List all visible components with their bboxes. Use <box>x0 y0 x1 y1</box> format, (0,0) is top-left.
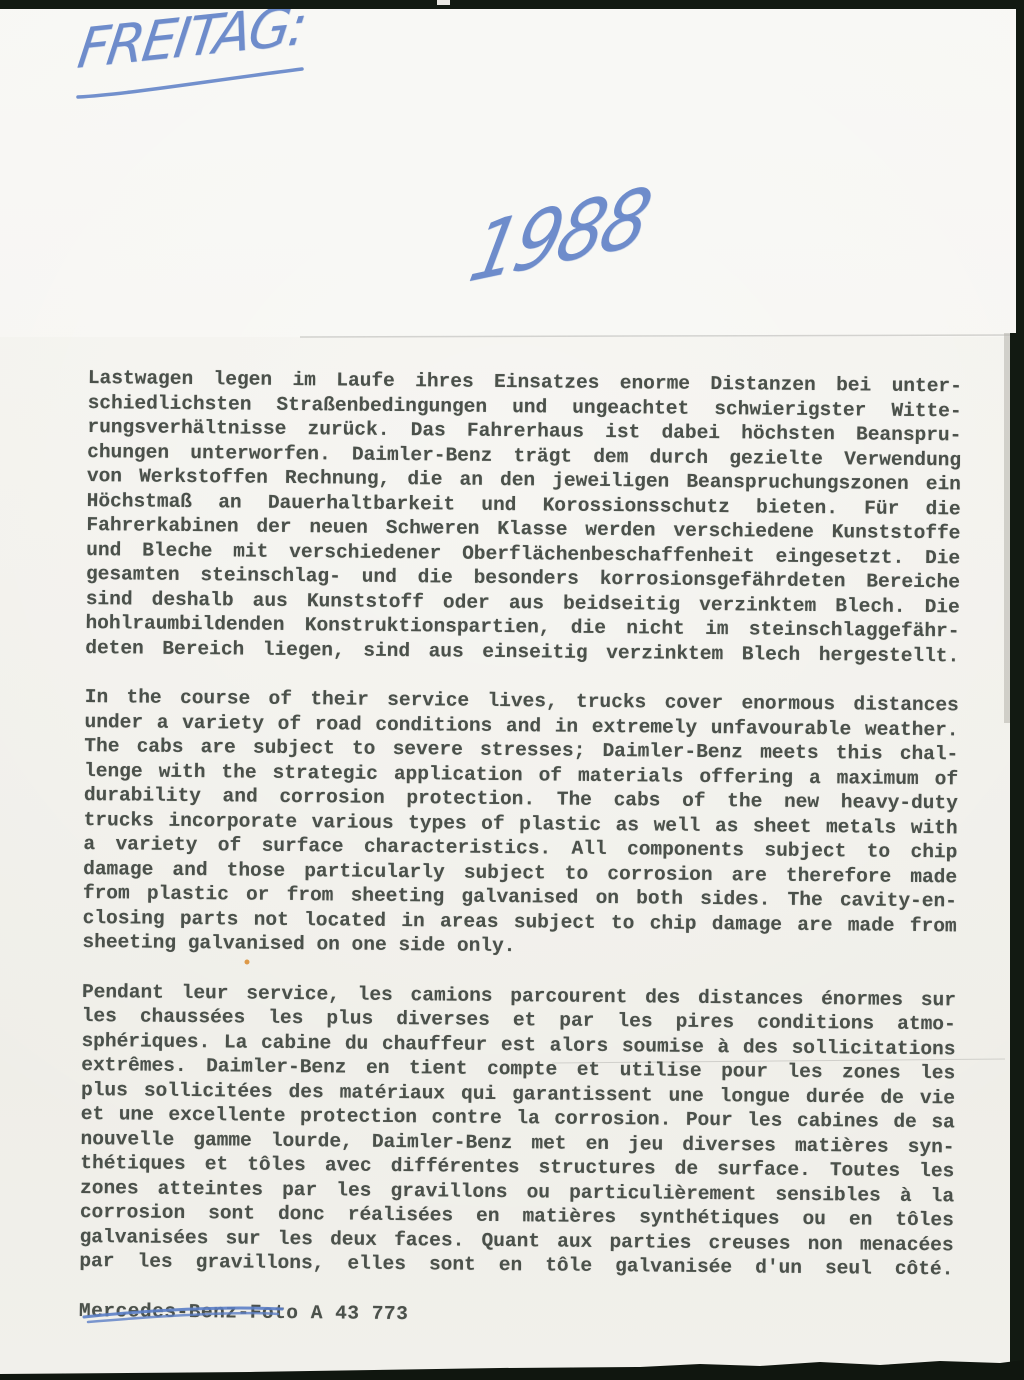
scan-edge-right-upper <box>1016 0 1024 1380</box>
handwritten-day-note: FREITAG: <box>74 0 309 81</box>
paper-seam-line <box>300 335 1012 337</box>
scan-edge-notch <box>437 0 450 5</box>
page-edge-shadow <box>1004 333 1012 723</box>
paragraph-english: In the course of their service lives, tr… <box>82 685 959 963</box>
photo-back-scan: FREITAG: 1988 Lastwagen legen im Laufe i… <box>0 0 1024 1380</box>
typewritten-text-block: Lastwagen legen im Laufe ihres Einsatzes… <box>79 366 962 1331</box>
scan-edge-top <box>0 0 1024 9</box>
scan-edge-bottom <box>0 1360 1024 1380</box>
scan-edge-right-lower <box>1010 333 1024 1380</box>
paragraph-french: Pendant leur service, les camions parcou… <box>79 979 956 1281</box>
photo-caption: Mercedes-Benz-Foto A 43 773 <box>79 1298 953 1331</box>
handwritten-year-note: 1988 <box>462 169 656 301</box>
paragraph-german: Lastwagen legen im Laufe ihres Einsatzes… <box>85 366 962 668</box>
